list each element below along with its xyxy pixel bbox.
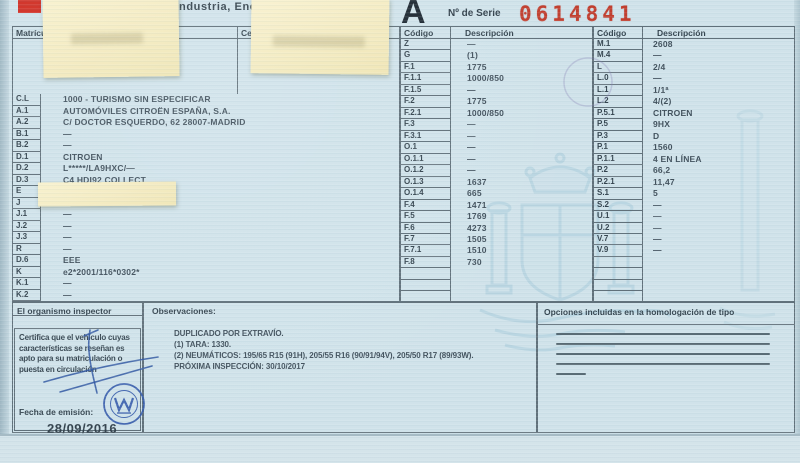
row-value: —	[451, 119, 592, 130]
row-code: L.1	[594, 85, 643, 96]
row-code: B.1	[13, 129, 41, 141]
row-code: K.1	[13, 278, 41, 290]
row-value: —	[643, 211, 794, 222]
row-value: —	[41, 129, 399, 141]
row-code	[401, 280, 451, 291]
row-code: M.4	[594, 50, 643, 61]
row-value: —	[41, 290, 399, 302]
row-code: P.2	[594, 165, 643, 176]
row-code: Z	[401, 39, 451, 50]
observations-box: Observaciones: DUPLICADO POR EXTRAVÍO.(1…	[143, 302, 537, 433]
table-row: F.4 1471	[401, 200, 592, 211]
options-title: Opciones incluidas en la homologación de…	[538, 303, 794, 325]
row-code: F.1	[401, 62, 451, 73]
dimensions-rows: Z — G (1) F.1 1775 F.1.1 1000/850 F.1.5 …	[401, 39, 592, 303]
table-row: F.5 1769	[401, 211, 592, 222]
observation-line: (2) NEUMÁTICOS: 195/65 R15 (91H), 205/55…	[174, 350, 536, 361]
row-value: —	[643, 73, 794, 84]
row-code: G	[401, 50, 451, 61]
row-code: K	[13, 267, 41, 279]
table-row: F.8 730	[401, 257, 592, 268]
certification-text: Certifica que el vehículo cuyas caracter…	[15, 329, 140, 375]
row-code: D.6	[13, 255, 41, 267]
row-value: 1/1ª	[643, 85, 794, 96]
observation-line: DUPLICADO POR EXTRAVÍO.	[174, 328, 536, 339]
table-row: O.1 —	[401, 142, 592, 153]
scan-bottom-band	[0, 434, 800, 463]
row-value: 1775	[451, 96, 592, 107]
descripcion-header: Descripción	[451, 27, 592, 39]
table-row: V.7 —	[594, 234, 794, 245]
serial-number: 0614841	[519, 2, 636, 26]
homologation-options-box: Opciones incluidas en la homologación de…	[537, 302, 795, 433]
table-row: P.5.1 CITROEN	[594, 108, 794, 119]
row-code: P.5	[594, 119, 643, 130]
row-code: J.1	[13, 209, 41, 221]
row-value: L*****/LA9HXC/—	[41, 163, 399, 175]
ruled-line	[556, 373, 794, 383]
row-code: L	[594, 62, 643, 73]
row-code: F.8	[401, 257, 451, 268]
note-ghost-text	[71, 33, 143, 45]
table-row: P.1.1 4 EN LÍNEA	[594, 154, 794, 165]
row-value: —	[41, 209, 399, 221]
row-value: EEE	[41, 255, 399, 267]
row-value: —	[643, 245, 794, 256]
row-code: D.1	[13, 152, 41, 164]
row-code: F.2.1	[401, 108, 451, 119]
row-value: —	[41, 278, 399, 290]
emission-date: 28/09/2016	[47, 421, 117, 436]
row-value	[451, 280, 592, 291]
emission-date-label: Fecha de emisión:	[19, 407, 93, 417]
row-code: C.L	[13, 94, 41, 106]
table-row: L.2 4/(2)	[594, 96, 794, 107]
table-row: K.1 —	[13, 278, 399, 290]
row-code: F.2	[401, 96, 451, 107]
row-value: —	[451, 154, 592, 165]
row-code: K.2	[13, 290, 41, 302]
row-value: 2/4	[643, 62, 794, 73]
observations-title: Observaciones:	[144, 303, 536, 316]
table-row	[594, 268, 794, 279]
table-row: G (1)	[401, 50, 592, 61]
table-row: F.1.1 1000/850	[401, 73, 592, 84]
serial-number-label: Nº de Serie	[448, 8, 501, 19]
table-row: P.2.1 11,47	[594, 177, 794, 188]
row-code: F.5	[401, 211, 451, 222]
ruled-line	[556, 343, 794, 353]
row-code: U.1	[594, 211, 643, 222]
row-code: F.4	[401, 200, 451, 211]
row-value: 1000/850	[451, 73, 592, 84]
row-value: 1510	[451, 245, 592, 256]
row-code: V.9	[594, 245, 643, 256]
table-row	[594, 280, 794, 291]
row-value: 1560	[643, 142, 794, 153]
row-code: O.1.4	[401, 188, 451, 199]
itv-card-scan: ndustria, Ene A Nº de Serie 0614841 Matr…	[0, 0, 800, 463]
note-ghost-text	[273, 35, 365, 47]
row-code: S.2	[594, 200, 643, 211]
table-header: Código Descripción	[401, 27, 592, 39]
row-value: 1775	[451, 62, 592, 73]
table-row: M.1 2608	[594, 39, 794, 50]
observation-line: PRÓXIMA INSPECCIÓN: 30/10/2017	[174, 361, 536, 372]
row-code: A.1	[13, 106, 41, 118]
ministry-header-text: ndustria, Ene	[179, 1, 256, 13]
table-row: O.1.4 665	[401, 188, 592, 199]
dimensions-table: Código Descripción Z — G (1) F.1 1775 F.…	[400, 26, 593, 302]
ruled-line	[556, 363, 794, 373]
row-value: —	[451, 131, 592, 142]
row-code: P.2.1	[594, 177, 643, 188]
row-code: S.1	[594, 188, 643, 199]
ruled-line	[556, 353, 794, 363]
row-value: 11,47	[643, 177, 794, 188]
row-code: J.2	[13, 221, 41, 233]
row-code: V.7	[594, 234, 643, 245]
row-value: 2608	[643, 39, 794, 50]
row-value: —	[41, 140, 399, 152]
table-row: O.1.2 —	[401, 165, 592, 176]
table-row: F.3.1 —	[401, 131, 592, 142]
table-row: K e2*2001/116*0302*	[13, 267, 399, 279]
row-value: —	[643, 50, 794, 61]
table-row: F.7.1 1510	[401, 245, 592, 256]
table-row: A.2 C/ DOCTOR ESQUERDO, 62 28007-MADRID	[13, 117, 399, 129]
row-value: 4 EN LÍNEA	[643, 154, 794, 165]
row-code: B.2	[13, 140, 41, 152]
row-value: AUTOMÓVILES CITROËN ESPAÑA, S.A.	[41, 106, 399, 118]
row-code: F.7.1	[401, 245, 451, 256]
row-code: F.3	[401, 119, 451, 130]
row-value: —	[41, 221, 399, 233]
table-row: F.7 1505	[401, 234, 592, 245]
row-value: 66,2	[643, 165, 794, 176]
row-value: —	[643, 200, 794, 211]
table-row: D.2 L*****/LA9HXC/—	[13, 163, 399, 175]
row-value: —	[451, 39, 592, 50]
sticky-note-bastidor	[38, 182, 176, 207]
observations-lines: DUPLICADO POR EXTRAVÍO.(1) TARA: 1330.(2…	[174, 328, 536, 372]
row-value: (1)	[451, 50, 592, 61]
row-code: J	[13, 198, 41, 210]
row-code: L.2	[594, 96, 643, 107]
row-value: —	[41, 232, 399, 244]
row-code: L.0	[594, 73, 643, 84]
table-row: L 2/4	[594, 62, 794, 73]
row-code: O.1.3	[401, 177, 451, 188]
table-row: M.4 —	[594, 50, 794, 61]
table-row: P.5 9HX	[594, 119, 794, 130]
row-code: P.5.1	[594, 108, 643, 119]
observation-line: (1) TARA: 1330.	[174, 339, 536, 350]
ruled-line	[556, 333, 794, 343]
sticky-note-certificado	[251, 0, 390, 75]
row-value: 1505	[451, 234, 592, 245]
table-row: J.1 —	[13, 209, 399, 221]
table-row: C.L 1000 - TURISMO SIN ESPECIFICAR	[13, 94, 399, 106]
table-row: F.2 1775	[401, 96, 592, 107]
table-row: Z —	[401, 39, 592, 50]
row-code: A.2	[13, 117, 41, 129]
codigo-header: Código	[401, 27, 451, 39]
row-code: F.6	[401, 223, 451, 234]
row-code: P.3	[594, 131, 643, 142]
table-row: P.3 D	[594, 131, 794, 142]
row-value	[451, 268, 592, 279]
table-row: F.1.5 —	[401, 85, 592, 96]
table-row: J.2 —	[13, 221, 399, 233]
row-value: e2*2001/116*0302*	[41, 267, 399, 279]
table-row: J.3 —	[13, 232, 399, 244]
table-row: V.9 —	[594, 245, 794, 256]
row-code: F.1.1	[401, 73, 451, 84]
row-code: D.3	[13, 175, 41, 187]
table-row	[594, 257, 794, 268]
row-value: 665	[451, 188, 592, 199]
row-value: C/ DOCTOR ESQUERDO, 62 28007-MADRID	[41, 117, 399, 129]
codigo-header: Código	[594, 27, 643, 39]
row-value: 1769	[451, 211, 592, 222]
table-row: F.1 1775	[401, 62, 592, 73]
row-code: U.2	[594, 223, 643, 234]
row-value: —	[41, 244, 399, 256]
row-value	[643, 268, 794, 279]
table-row: K.2 —	[13, 290, 399, 302]
table-row: L.0 —	[594, 73, 794, 84]
inspector-title: El organismo inspector	[13, 303, 142, 316]
row-value: 4/(2)	[643, 96, 794, 107]
table-row	[401, 268, 592, 279]
row-value: CITROEN	[41, 152, 399, 164]
row-code: P.1	[594, 142, 643, 153]
row-value: 1000/850	[451, 108, 592, 119]
table-row: D.1 CITROEN	[13, 152, 399, 164]
sticky-note-matricula	[42, 0, 179, 78]
row-value: 5	[643, 188, 794, 199]
row-code: F.3.1	[401, 131, 451, 142]
row-value: 9HX	[643, 119, 794, 130]
row-code	[401, 268, 451, 279]
row-code	[594, 280, 643, 291]
table-row: O.1.1 —	[401, 154, 592, 165]
row-value: —	[643, 234, 794, 245]
row-value: CITROEN	[643, 108, 794, 119]
row-code	[594, 257, 643, 268]
row-value: —	[643, 223, 794, 234]
ministry-logo	[18, 0, 41, 13]
table-row: B.1 —	[13, 129, 399, 141]
table-row: S.1 5	[594, 188, 794, 199]
row-value: 730	[451, 257, 592, 268]
table-row: U.2 —	[594, 223, 794, 234]
table-row: P.2 66,2	[594, 165, 794, 176]
table-row: O.1.3 1637	[401, 177, 592, 188]
table-row: B.2 —	[13, 140, 399, 152]
scan-left-edge	[0, 0, 9, 463]
table-header: Código Descripción	[594, 27, 794, 39]
row-code: F.1.5	[401, 85, 451, 96]
row-code: R	[13, 244, 41, 256]
table-row: S.2 —	[594, 200, 794, 211]
row-value: 1637	[451, 177, 592, 188]
row-code: O.1	[401, 142, 451, 153]
row-code: J.3	[13, 232, 41, 244]
row-value: 4273	[451, 223, 592, 234]
row-value: 1000 - TURISMO SIN ESPECIFICAR	[41, 94, 399, 106]
row-value: D	[643, 131, 794, 142]
row-code: E	[13, 186, 41, 198]
row-value: 1471	[451, 200, 592, 211]
table-row: U.1 —	[594, 211, 794, 222]
inspector-certification-box: Certifica que el vehículo cuyas caracter…	[14, 328, 141, 431]
table-row: A.1 AUTOMÓVILES CITROËN ESPAÑA, S.A.	[13, 106, 399, 118]
table-row: F.3 —	[401, 119, 592, 130]
row-value: —	[451, 142, 592, 153]
row-code: F.7	[401, 234, 451, 245]
row-code: M.1	[594, 39, 643, 50]
table-row: F.2.1 1000/850	[401, 108, 592, 119]
row-code: O.1.2	[401, 165, 451, 176]
row-value	[643, 257, 794, 268]
row-code: P.1.1	[594, 154, 643, 165]
row-value: —	[451, 165, 592, 176]
table-row: R —	[13, 244, 399, 256]
row-code: D.2	[13, 163, 41, 175]
options-ruled-lines	[556, 333, 794, 383]
table-row: D.6 EEE	[13, 255, 399, 267]
row-code	[594, 268, 643, 279]
row-value	[643, 280, 794, 291]
row-value: —	[451, 85, 592, 96]
row-code: O.1.1	[401, 154, 451, 165]
inspector-box: El organismo inspector Certifica que el …	[12, 302, 143, 433]
descripcion-header: Descripción	[643, 27, 794, 39]
table-row: L.1 1/1ª	[594, 85, 794, 96]
table-row: F.6 4273	[401, 223, 592, 234]
table-row	[401, 280, 592, 291]
specs-table: Código Descripción M.1 2608 M.4 — L 2/4 …	[593, 26, 795, 302]
table-row: P.1 1560	[594, 142, 794, 153]
specs-rows: M.1 2608 M.4 — L 2/4 L.0 — L.1 1/1ª L.2 …	[594, 39, 794, 303]
